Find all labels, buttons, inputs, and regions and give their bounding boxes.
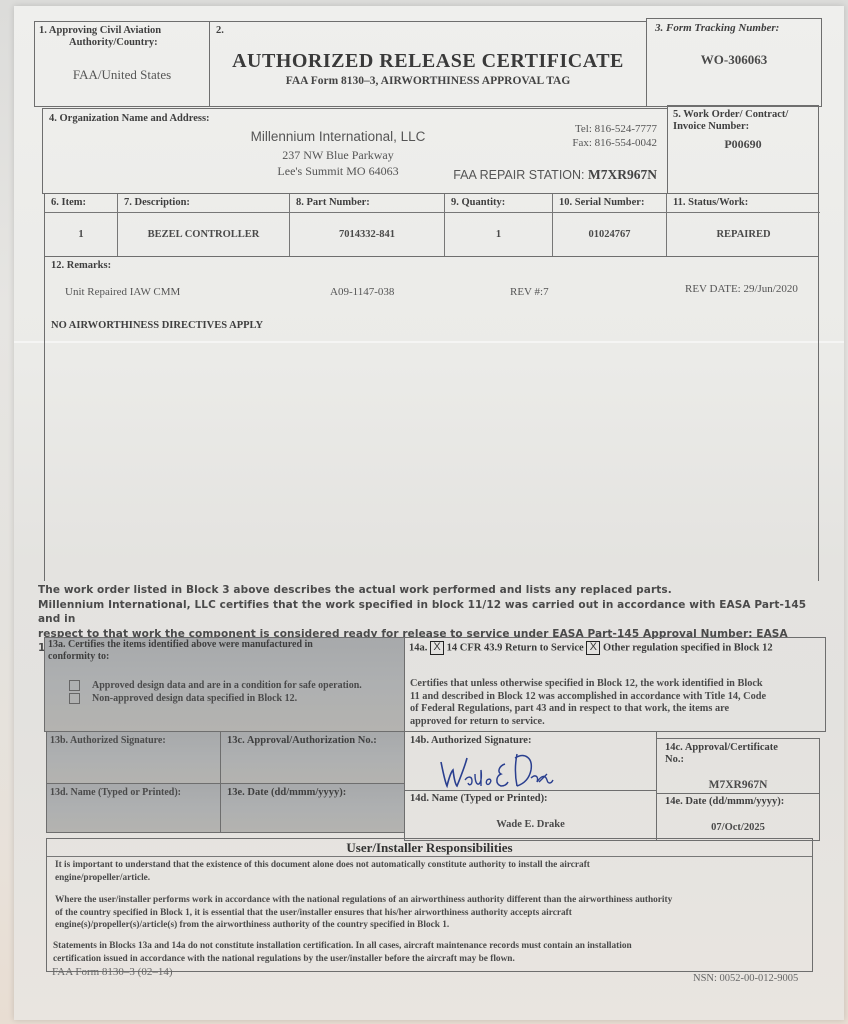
block-12-label: 12. Remarks: [51,260,111,272]
organization-name: Millennium International, LLC [223,129,453,144]
responsibilities-p1-line1: It is important to understand that the e… [55,859,810,872]
block-13b: 13b. Authorized Signature: [46,731,221,784]
repair-station-label: FAA REPAIR STATION: [453,168,584,182]
option-other-regulation-label: Other regulation specified in Block 12 [603,642,773,653]
block-1-label-line2: Authority/Country: [39,37,161,49]
block-14a-text-line4: approved for return to service. [410,716,766,729]
block-1-label-line1: 1. Approving Civil Aviation [39,25,161,37]
items-cell: REPAIRED [667,213,820,256]
remarks-directives: NO AIRWORTHINESS DIRECTIVES APPLY [51,320,263,332]
responsibilities-paragraph-3: Statements in Blocks 13a and 14a do not … [53,940,808,965]
block-14a-label: 14a. [409,642,427,653]
items-header-cell: 7. Description: [118,194,290,213]
approving-authority-value: FAA/United States [35,67,209,83]
option-14cfr-43-9-label: 14 CFR 43.9 Return to Service [447,642,584,653]
block-14c: 14c. Approval/Certificate No.: M7XR967N [656,738,820,794]
responsibilities-section: User/Installer Responsibilities It is im… [46,838,813,972]
signature-scribble [435,748,555,792]
organization-tel: Tel: 816-524-7777 [575,123,657,135]
responsibilities-title: User/Installer Responsibilities [47,839,812,857]
block-13d: 13d. Name (Typed or Printed): [46,783,221,833]
items-cell: 1 [45,213,118,256]
repair-station: FAA REPAIR STATION: M7XR967N [453,167,657,183]
option-approved-design-data[interactable]: Approved design data and are in a condit… [69,679,362,692]
block-13e: 13e. Date (dd/mmm/yyyy): [220,783,405,833]
responsibilities-p1-line2: engine/propeller/article. [55,872,810,885]
block-13a: 13a. Certifies the items identified abov… [44,637,405,732]
block-14a-text-line1: Certifies that unless otherwise specifie… [410,678,766,691]
items-cell: 01024767 [553,213,667,256]
remarks-rev-date: REV DATE: 29/Jun/2020 [685,283,798,295]
checkbox-other-regulation[interactable]: X [586,641,600,655]
responsibilities-p3-line1: Statements in Blocks 13a and 14a do not … [53,940,808,953]
block-14c-label-line1: 14c. Approval/Certificate [665,742,778,754]
items-header-cell: 10. Serial Number: [553,194,667,213]
block-12: 12. Remarks: Unit Repaired IAW CMM A09-1… [44,256,819,581]
block-14e: 14e. Date (dd/mmm/yyyy): 07/Oct/2025 [656,793,820,841]
certification-line1: The work order listed in Block 3 above d… [38,583,828,598]
form-subtitle: FAA Form 8130–3, AIRWORTHINESS APPROVAL … [210,75,646,87]
block-5-label: 5. Work Order/ Contract/ Invoice Number: [673,109,788,133]
block-14c-label-line2: No.: [665,754,778,766]
certification-line2: Millennium International, LLC certifies … [38,598,828,627]
approval-certificate-number: M7XR967N [657,779,819,791]
block-14a-text-line3: of Federal Regulations, part 43 and in r… [410,703,766,716]
organization-address-2: Lee's Summit MO 64063 [223,164,453,179]
block-14d-label: 14d. Name (Typed or Printed): [410,793,548,805]
block-14c-label: 14c. Approval/Certificate No.: [665,742,778,766]
block-1: 1. Approving Civil Aviation Authority/Co… [34,21,210,107]
block-13e-label: 13e. Date (dd/mmm/yyyy): [227,787,346,799]
block-14d: 14d. Name (Typed or Printed): Wade E. Dr… [404,790,657,841]
items-header-cell: 11. Status/Work: [667,194,820,213]
block-14a-text-line2: 11 and described in Block 12 was accompl… [410,691,766,704]
block-3: 3. Form Tracking Number: WO-306063 [646,18,822,107]
remarks-cmm: A09-1147-038 [330,286,394,298]
option-non-approved-design-data[interactable]: Non-approved design data specified in Bl… [69,692,362,705]
items-header-cell: 6. Item: [45,194,118,213]
organization-address-1: 237 NW Blue Parkway [223,148,453,163]
block-13a-label-line2: conformity to: [48,651,313,663]
block-2-label: 2. [216,25,224,37]
work-order-number: P00690 [668,137,818,152]
block-14a-options: 14a. X 14 CFR 43.9 Return to Service X O… [409,641,773,655]
items-header-cell: 9. Quantity: [445,194,553,213]
items-table: 6. Item:7. Description:8. Part Number:9.… [44,193,819,257]
block-13c: 13c. Approval/Authorization No.: [220,731,405,784]
checkbox-14cfr-43-9[interactable]: X [430,641,444,655]
remarks-rev: REV #:7 [510,286,549,298]
block-14b: 14b. Authorized Signature: [404,731,657,791]
block-3-label: 3. Form Tracking Number: [655,22,779,34]
block-13a-label: 13a. Certifies the items identified abov… [48,639,313,663]
option-approved-label: Approved design data and are in a condit… [92,680,362,691]
block-5-label-line2: Invoice Number: [673,121,788,133]
block-5-label-line1: 5. Work Order/ Contract/ [673,109,788,121]
block-2: 2. AUTHORIZED RELEASE CERTIFICATE FAA Fo… [209,21,647,107]
remarks-line1: Unit Repaired IAW CMM [65,286,180,298]
form-title: AUTHORIZED RELEASE CERTIFICATE [210,50,646,73]
block-4-label: 4. Organization Name and Address: [49,113,210,125]
block-14a-text: Certifies that unless otherwise specifie… [410,678,766,728]
responsibilities-p2-line1: Where the user/installer performs work i… [55,894,810,907]
block-4: 4. Organization Name and Address: Millen… [42,108,668,194]
form-tracking-number: WO-306063 [647,52,821,68]
block-14a: 14a. X 14 CFR 43.9 Return to Service X O… [404,637,826,732]
items-header-cell: 8. Part Number: [290,194,445,213]
responsibilities-p2-line3: engine(s)/propeller(s)/article(s) from t… [55,919,810,932]
checkbox-approved-design-data[interactable] [69,680,80,691]
block-13c-label: 13c. Approval/Authorization No.: [227,735,377,747]
signer-name: Wade E. Drake [405,819,656,830]
footer-nsn: NSN: 0052-00-012-9005 [693,973,798,984]
block-13d-label: 13d. Name (Typed or Printed): [50,787,181,799]
checkbox-non-approved-design-data[interactable] [69,693,80,704]
responsibilities-paragraph-2: Where the user/installer performs work i… [55,894,810,932]
organization-fax: Fax: 816-554-0042 [572,137,657,149]
block-1-label: 1. Approving Civil Aviation Authority/Co… [39,25,161,49]
repair-station-number: M7XR967N [588,167,657,182]
items-cell: 7014332-841 [290,213,445,256]
responsibilities-p2-line2: of the country specified in Block 1, it … [55,907,810,920]
responsibilities-paragraph-1: It is important to understand that the e… [55,859,810,884]
block-14e-label: 14e. Date (dd/mmm/yyyy): [665,796,784,808]
items-cell: BEZEL CONTROLLER [118,213,290,256]
block-5: 5. Work Order/ Contract/ Invoice Number:… [667,105,819,194]
block-13a-label-line1: 13a. Certifies the items identified abov… [48,639,313,651]
block-13b-label: 13b. Authorized Signature: [50,735,166,747]
option-non-approved-label: Non-approved design data specified in Bl… [92,693,297,704]
responsibilities-p3-line2: certification issued in accordance with … [53,953,808,966]
footer-form-number: FAA Form 8130–3 (02–14) [52,966,173,978]
approval-date: 07/Oct/2025 [657,822,819,833]
items-cell: 1 [445,213,553,256]
block-13a-options: Approved design data and are in a condit… [69,679,362,705]
block-14b-label: 14b. Authorized Signature: [410,735,531,747]
